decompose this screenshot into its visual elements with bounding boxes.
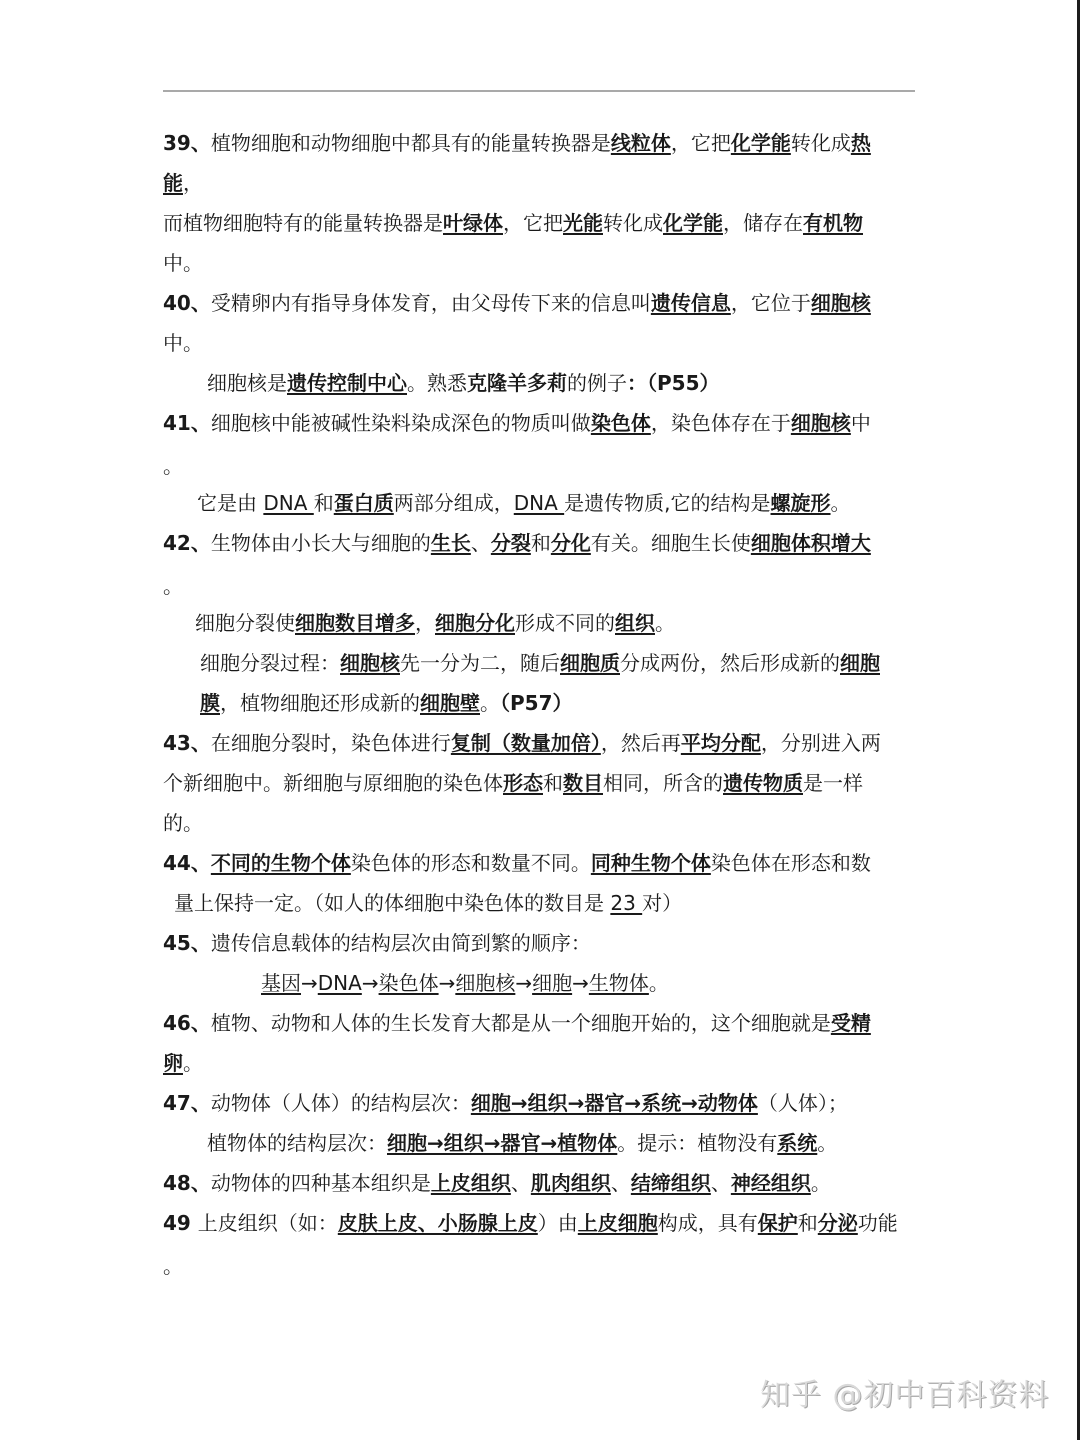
emphasized-term: 47、 — [163, 1091, 211, 1115]
text-segment: 遗传信息载体的结构层次由简到繁的顺序： — [211, 931, 591, 955]
text-line: 基因→DNA→染色体→细胞核→细胞→生物体。 — [261, 969, 669, 997]
text-segment: 染色体的形态和数量不同。 — [351, 851, 591, 875]
text-segment: 中 — [851, 411, 871, 435]
text-segment: ，它把 — [503, 211, 563, 235]
text-line: 它是由 DNA 和蛋白质两部分组成，DNA 是遗传物质,它的结构是螺旋形。 — [197, 489, 851, 517]
emphasized-term: 卵 — [163, 1051, 183, 1075]
text-line: 细胞核是遗传控制中心。熟悉克隆羊多莉的例子：（P55） — [207, 369, 720, 397]
text-line: 43、在细胞分裂时，染色体进行复制（数量加倍），然后再平均分配，分别进入两 — [163, 729, 881, 757]
text-line: 植物体的结构层次：细胞→组织→器官→植物体。提示：植物没有系统。 — [207, 1129, 837, 1157]
emphasized-term: 克隆羊多莉 — [467, 371, 567, 395]
emphasized-term: 细胞数目增多 — [295, 611, 415, 635]
emphasized-term: 40、 — [163, 291, 211, 315]
text-segment: 有关。细胞生长使 — [591, 531, 751, 555]
emphasized-term: 平均分配 — [681, 731, 761, 755]
text-segment: 、 — [471, 531, 491, 555]
text-segment: 的。 — [163, 811, 203, 835]
emphasized-term: 细胞 — [532, 971, 572, 995]
text-segment: → — [572, 971, 589, 995]
text-line: 41、细胞核中能被碱性染料染成深色的物质叫做染色体，染色体存在于细胞核中 — [163, 409, 871, 437]
text-line: 42、生物体由小长大与细胞的生长、分裂和分化有关。细胞生长使细胞体积增大 — [163, 529, 871, 557]
text-segment: ，染色体存在于 — [651, 411, 791, 435]
text-segment: ，分别进入两 — [761, 731, 881, 755]
text-segment: 。 — [480, 691, 500, 715]
text-segment: 染色体在形态和数 — [711, 851, 871, 875]
emphasized-term: 螺旋形 — [771, 491, 831, 515]
text-segment: 细胞分裂过程： — [200, 651, 340, 675]
emphasized-term: 化学能 — [663, 211, 723, 235]
text-line: 卵。 — [163, 1049, 203, 1077]
emphasized-term: 皮肤上皮、小肠腺上皮 — [338, 1211, 538, 1235]
text-segment: ，它位于 — [731, 291, 811, 315]
emphasized-term: 42、 — [163, 531, 211, 555]
emphasized-term: 细胞质 — [560, 651, 620, 675]
text-segment: 先一分为二，随后 — [400, 651, 560, 675]
text-segment: 相同，所含的 — [603, 771, 723, 795]
text-segment: 是一样 — [803, 771, 863, 795]
emphasized-term: 组织 — [615, 611, 655, 635]
text-line: 49 上皮组织（如：皮肤上皮、小肠腺上皮）由上皮细胞构成，具有保护和分泌功能 — [163, 1209, 898, 1237]
text-line: 39、植物细胞和动物细胞中都具有的能量转换器是线粒体，它把化学能转化成热 — [163, 129, 871, 157]
text-segment: 中。 — [163, 331, 203, 355]
text-segment: ，然后再 — [601, 731, 681, 755]
text-line: 细胞分裂过程：细胞核先一分为二，随后细胞质分成两份，然后形成新的细胞 — [200, 649, 880, 677]
text-segment: 。 — [163, 454, 183, 478]
emphasized-term: 遗传控制中心 — [287, 371, 407, 395]
emphasized-term: 44、 — [163, 851, 211, 875]
emphasized-term: 热 — [851, 131, 871, 155]
emphasized-term: DNA — [263, 491, 313, 515]
emphasized-term: 神经组织 — [731, 1171, 811, 1195]
text-line: 46、植物、动物和人体的生长发育大都是从一个细胞开始的，这个细胞就是受精 — [163, 1009, 871, 1037]
text-segment: 。 — [183, 1051, 203, 1075]
emphasized-term: 不同的生物个体 — [211, 851, 351, 875]
emphasized-term: 遗传物质 — [723, 771, 803, 795]
text-line: 膜，植物细胞还形成新的细胞壁。（P57） — [200, 689, 573, 717]
text-line: 个新细胞中。新细胞与原细胞的染色体形态和数目相同，所含的遗传物质是一样 — [163, 769, 863, 797]
emphasized-term: 结缔组织 — [631, 1171, 711, 1195]
text-line: 的。 — [163, 809, 203, 837]
text-segment: 动物体（人体）的结构层次： — [211, 1091, 471, 1115]
text-line: 量上保持一定。（如人的体细胞中染色体的数目是 23 对） — [174, 889, 682, 917]
text-segment: 对） — [642, 891, 682, 915]
emphasized-term: 上皮细胞 — [578, 1211, 658, 1235]
emphasized-term: 细胞核 — [340, 651, 400, 675]
text-segment: ， — [183, 171, 203, 195]
emphasized-term: 膜 — [200, 691, 220, 715]
emphasized-term: 46、 — [163, 1011, 211, 1035]
text-line: 40、受精卵内有指导身体发育，由父母传下来的信息叫遗传信息，它位于细胞核 — [163, 289, 871, 317]
emphasized-term: 受精 — [831, 1011, 871, 1035]
emphasized-term: 分化 — [551, 531, 591, 555]
emphasized-term: 形态 — [503, 771, 543, 795]
emphasized-term: 23 — [610, 891, 642, 915]
text-segment: 而植物细胞特有的能量转换器是 — [163, 211, 443, 235]
text-segment: 受精卵内有指导身体发育，由父母传下来的信息叫 — [211, 291, 651, 315]
emphasized-term: 保护 — [758, 1211, 798, 1235]
emphasized-term: 48、 — [163, 1171, 211, 1195]
text-line: 能， — [163, 169, 203, 197]
text-segment: 。熟悉 — [407, 371, 467, 395]
emphasized-term: 复制（数量加倍） — [451, 731, 601, 755]
emphasized-term: 上皮组织 — [431, 1171, 511, 1195]
emphasized-term: 生长 — [431, 531, 471, 555]
text-segment: 。 — [163, 1254, 183, 1278]
document-page: 39、植物细胞和动物细胞中都具有的能量转换器是线粒体，它把化学能转化成热能，而植… — [0, 0, 1080, 1440]
emphasized-term: 基因 — [261, 971, 301, 995]
text-line: 44、不同的生物个体染色体的形态和数量不同。同种生物个体染色体在形态和数 — [163, 849, 871, 877]
emphasized-term: 肌肉组织 — [531, 1171, 611, 1195]
text-segment: → — [301, 971, 318, 995]
text-line: 。 — [163, 572, 183, 600]
text-segment: 植物细胞和动物细胞中都具有的能量转换器是 — [211, 131, 611, 155]
text-segment: 、 — [711, 1171, 731, 1195]
emphasized-term: 分裂 — [491, 531, 531, 555]
emphasized-term: DNA — [318, 971, 362, 995]
emphasized-term: 细胞→组织→器官→植物体 — [387, 1131, 617, 1155]
text-segment: 和 — [543, 771, 563, 795]
emphasized-term: 45、 — [163, 931, 211, 955]
text-segment: ）由 — [538, 1211, 578, 1235]
text-segment: 植物体的结构层次： — [207, 1131, 387, 1155]
text-segment: 它是由 — [197, 491, 263, 515]
text-segment: 。 — [831, 491, 851, 515]
text-line: 47、动物体（人体）的结构层次：细胞→组织→器官→系统→动物体（人体）； — [163, 1089, 848, 1117]
text-segment: 。 — [811, 1171, 831, 1195]
text-segment: ，储存在 — [723, 211, 803, 235]
emphasized-term: 细胞分化 — [435, 611, 515, 635]
emphasized-term: 叶绿体 — [443, 211, 503, 235]
text-line: 45、遗传信息载体的结构层次由简到繁的顺序： — [163, 929, 591, 957]
text-segment: 和 — [531, 531, 551, 555]
text-segment: 转化成 — [791, 131, 851, 155]
text-line: 48、动物体的四种基本组织是上皮组织、肌肉组织、结缔组织、神经组织。 — [163, 1169, 831, 1197]
text-segment: 上皮组织（如： — [198, 1211, 338, 1235]
emphasized-term: 43、 — [163, 731, 211, 755]
text-segment: 、 — [511, 1171, 531, 1195]
emphasized-term: ：（P55） — [627, 371, 720, 395]
emphasized-term: 蛋白质 — [334, 491, 394, 515]
text-segment: 形成不同的 — [515, 611, 615, 635]
text-segment: 。 — [649, 971, 669, 995]
text-segment: 。 — [817, 1131, 837, 1155]
emphasized-term: 39、 — [163, 131, 211, 155]
text-segment: 转化成 — [603, 211, 663, 235]
text-segment: （人体）； — [758, 1091, 848, 1115]
watermark: 知乎 @初中百科资料 — [760, 1376, 1050, 1416]
emphasized-term: 细胞→组织→器官→系统→动物体 — [471, 1091, 758, 1115]
text-segment: 和 — [798, 1211, 818, 1235]
text-segment: 中。 — [163, 251, 203, 275]
text-segment: 构成，具有 — [658, 1211, 758, 1235]
text-segment: 动物体的四种基本组织是 — [211, 1171, 431, 1195]
emphasized-term: 有机物 — [803, 211, 863, 235]
emphasized-term: 细胞壁 — [420, 691, 480, 715]
emphasized-term: 细胞 — [840, 651, 880, 675]
emphasized-term: 细胞核 — [791, 411, 851, 435]
text-line: 中。 — [163, 329, 203, 357]
emphasized-term: （P57） — [500, 691, 573, 715]
emphasized-term: 同种生物个体 — [591, 851, 711, 875]
text-segment: 。提示：植物没有 — [617, 1131, 777, 1155]
emphasized-term: 染色体 — [379, 971, 439, 995]
text-segment: 细胞核中能被碱性染料染成深色的物质叫做 — [211, 411, 591, 435]
text-segment: 、 — [611, 1171, 631, 1195]
text-segment: ，植物细胞还形成新的 — [220, 691, 420, 715]
text-segment: ， — [415, 611, 435, 635]
emphasized-term: 细胞体积增大 — [751, 531, 871, 555]
text-segment: → — [515, 971, 532, 995]
text-line: 细胞分裂使细胞数目增多，细胞分化形成不同的组织。 — [195, 609, 675, 637]
text-line: 。 — [163, 452, 183, 480]
text-segment: 功能 — [858, 1211, 898, 1235]
text-segment: 量上保持一定。（如人的体细胞中染色体的数目是 — [174, 891, 610, 915]
emphasized-term: 数目 — [563, 771, 603, 795]
emphasized-term: 系统 — [777, 1131, 817, 1155]
text-segment: 的例子 — [567, 371, 627, 395]
emphasized-term: 染色体 — [591, 411, 651, 435]
text-line: 。 — [163, 1252, 183, 1280]
emphasized-term: 化学能 — [731, 131, 791, 155]
text-line: 而植物细胞特有的能量转换器是叶绿体，它把光能转化成化学能，储存在有机物 — [163, 209, 863, 237]
text-segment: 和 — [314, 491, 334, 515]
text-segment: ，它把 — [671, 131, 731, 155]
emphasized-term: 分泌 — [818, 1211, 858, 1235]
text-segment: 个新细胞中。新细胞与原细胞的染色体 — [163, 771, 503, 795]
text-segment: 生物体由小长大与细胞的 — [211, 531, 431, 555]
emphasized-term: 细胞核 — [811, 291, 871, 315]
emphasized-term: DNA — [514, 491, 564, 515]
emphasized-term: 41、 — [163, 411, 211, 435]
emphasized-term: 遗传信息 — [651, 291, 731, 315]
emphasized-term: 光能 — [563, 211, 603, 235]
text-segment: 细胞分裂使 — [195, 611, 295, 635]
text-segment: → — [362, 971, 379, 995]
text-line: 中。 — [163, 249, 203, 277]
text-segment: 植物、动物和人体的生长发育大都是从一个细胞开始的，这个细胞就是 — [211, 1011, 831, 1035]
text-segment: 。 — [163, 574, 183, 598]
text-segment: 是遗传物质,它的结构是 — [564, 491, 770, 515]
text-segment: → — [439, 971, 456, 995]
emphasized-term: 能 — [163, 171, 183, 195]
emphasized-term: 生物体 — [589, 971, 649, 995]
emphasized-term: 49 — [163, 1211, 198, 1235]
header-divider — [163, 90, 915, 92]
text-segment: 。 — [655, 611, 675, 635]
text-segment: 细胞核是 — [207, 371, 287, 395]
text-segment: 在细胞分裂时，染色体进行 — [211, 731, 451, 755]
emphasized-term: 线粒体 — [611, 131, 671, 155]
text-segment: 分成两份，然后形成新的 — [620, 651, 840, 675]
emphasized-term: 细胞核 — [455, 971, 515, 995]
text-segment: 两部分组成， — [394, 491, 514, 515]
